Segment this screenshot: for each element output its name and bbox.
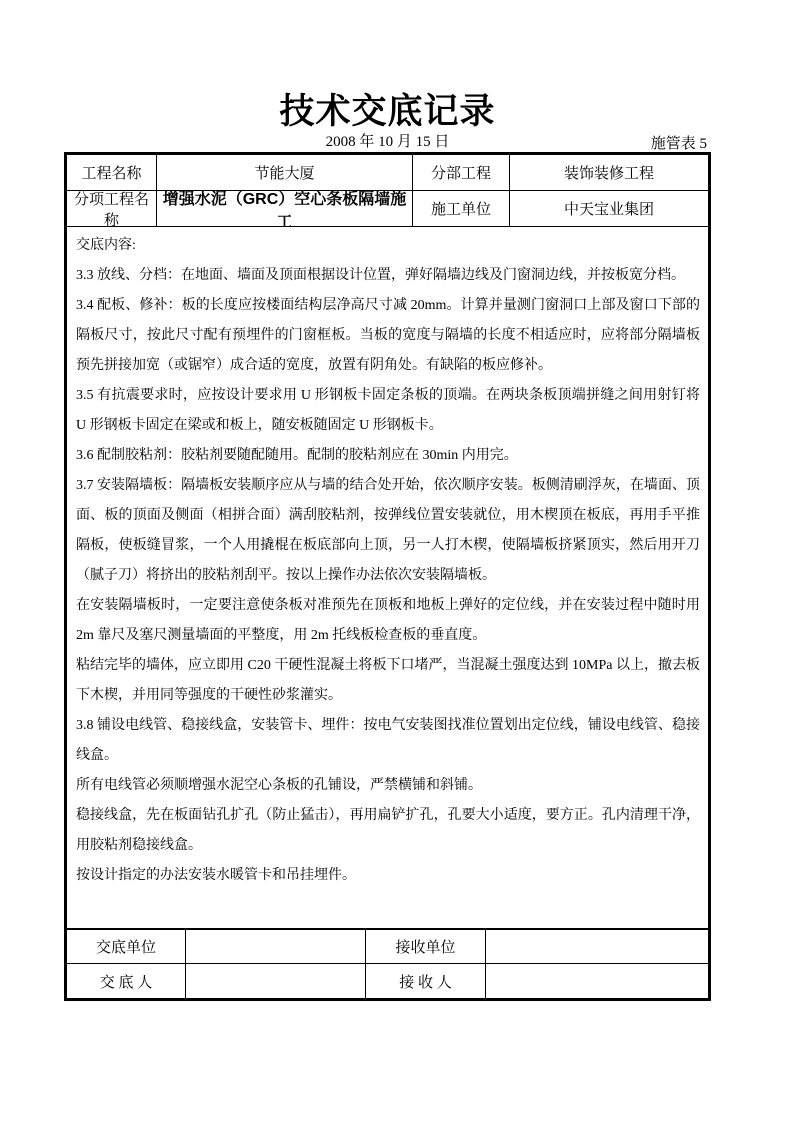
content-header: 交底内容: <box>76 231 700 261</box>
construction-unit-label: 施工单位 <box>413 191 510 227</box>
content-paragraph: 粘结完毕的墙体，应立即用 C20 干硬性混凝土将板下口堵严，当混凝土强度达到 1… <box>76 651 700 711</box>
content-paragraph: 所有电线管必须顺增强水泥空心条板的孔铺设，严禁横铺和斜铺。 <box>76 771 700 801</box>
content-paragraph: 3.7 安装隔墙板：隔墙板安装顺序应从与墙的结合处开始，依次顺序安装。板侧清刷浮… <box>76 471 700 591</box>
content-paragraph: 3.4 配板、修补：板的长度应按楼面结构层净高尺寸减 20mm。计算并量测门窗洞… <box>76 291 700 381</box>
meta-line: 2008 年 10 月 15 日 施管表 5 <box>64 130 711 150</box>
subproject-name-value: 增强水泥（GRC）空心条板隔墙施工 <box>157 191 413 227</box>
division-work-value: 装饰装修工程 <box>510 155 708 191</box>
briefing-unit-value <box>186 930 366 964</box>
record-table: 工程名称 节能大厦 分部工程 装饰装修工程 分项工程名称 增强水泥（GRC）空心… <box>64 152 711 1001</box>
briefing-person-value <box>186 964 366 998</box>
content-paragraph: 3.5 有抗震要求时，应按设计要求用 U 形钢板卡固定条板的顶端。在两块条板顶端… <box>76 381 700 441</box>
receiving-unit-label: 接收单位 <box>366 930 486 964</box>
document-date: 2008 年 10 月 15 日 <box>64 130 711 151</box>
subproject-name-label: 分项工程名称 <box>67 191 157 227</box>
content-paragraph: 稳接线盒，先在板面钻孔扩孔（防止猛击），再用扁铲扩孔，孔要大小适度，要方正。孔内… <box>76 801 700 861</box>
receiving-unit-value <box>486 930 708 964</box>
project-name-value: 节能大厦 <box>157 155 413 191</box>
info-table: 工程名称 节能大厦 分部工程 装饰装修工程 分项工程名称 增强水泥（GRC）空心… <box>67 155 708 227</box>
construction-unit-value: 中天宝业集团 <box>510 191 708 227</box>
disclosure-content-cell: 交底内容: 3.3 放线、分档：在地面、墙面及顶面根据设计位置，弹好隔墙边线及门… <box>67 227 708 930</box>
content-paragraph: 在安装隔墙板时，一定要注意使条板对准预先在顶板和地板上弹好的定位线，并在安装过程… <box>76 591 700 651</box>
content-paragraph: 3.8 铺设电线管、稳接线盒，安装管卡、埋件：按电气安装图找准位置划出定位线，铺… <box>76 711 700 771</box>
content-paragraph: 3.3 放线、分档：在地面、墙面及顶面根据设计位置，弹好隔墙边线及门窗洞边线，并… <box>76 261 700 291</box>
briefing-unit-label: 交底单位 <box>67 930 186 964</box>
content-paragraph: 3.6 配制胶粘剂：胶粘剂要随配随用。配制的胶粘剂应在 30min 内用完。 <box>76 441 700 471</box>
receiving-person-value <box>486 964 708 998</box>
form-code: 施管表 5 <box>651 132 707 153</box>
page-title: 技术交底记录 <box>64 84 711 134</box>
project-name-label: 工程名称 <box>67 155 157 191</box>
document-page: 技术交底记录 2008 年 10 月 15 日 施管表 5 工程名称 节能大厦 … <box>0 0 793 1122</box>
division-work-label: 分部工程 <box>413 155 510 191</box>
briefing-person-label: 交 底 人 <box>67 964 186 998</box>
signature-table: 交底单位 接收单位 交 底 人 接 收 人 <box>67 930 708 998</box>
content-paragraph: 按设计指定的办法安装水暖管卡和吊挂埋件。 <box>76 861 700 891</box>
receiving-person-label: 接 收 人 <box>366 964 486 998</box>
